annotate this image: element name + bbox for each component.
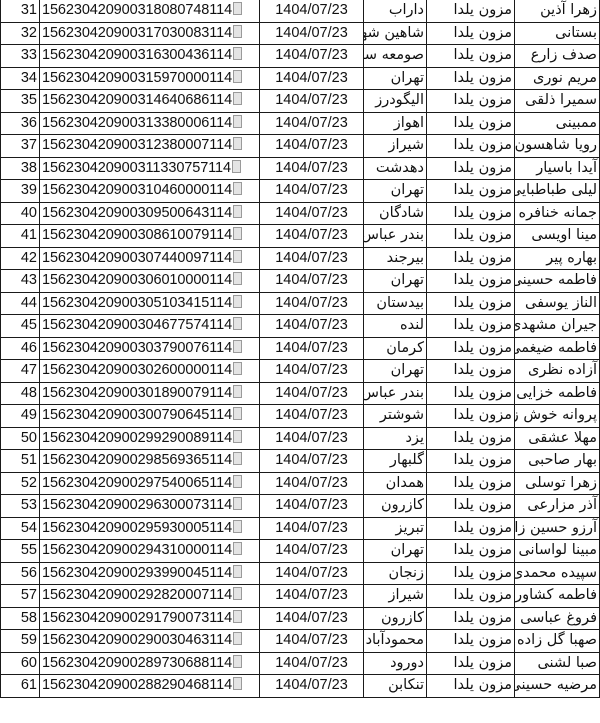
type-cell: مزون یلدا [427,472,515,495]
name-cell: مریم نوری [515,67,600,90]
code-suffix: 4 [224,227,232,243]
customer-name: مبینا لواسانی [518,542,597,558]
date-cell: 1404/07/23 [260,247,364,270]
code-suffix: 4 [224,587,232,603]
city: شیراز [388,137,424,153]
code-suffix: 4 [224,340,232,356]
code-suffix: 4 [224,2,232,18]
type-cell: مزون یلدا [427,157,515,180]
city: شاهین شهر [364,25,425,41]
name-cell: بهار صاحبی [515,450,600,473]
missing-glyph-icon [233,385,242,398]
row-number-cell: 34 [1,67,40,90]
date-cell: 1404/07/23 [260,45,364,68]
code-suffix: 4 [224,317,232,333]
type-cell: مزون یلدا [427,135,515,158]
row-number-cell: 57 [1,585,40,608]
code-cell: 156230420900297540065114 [40,472,260,495]
tracking-code: 15623042090028829046811 [42,677,224,693]
table-row: 46 156230420900303790076114 1404/07/23 ک… [1,337,600,360]
name-cell: ممبینی [515,112,600,135]
date: 1404/07/23 [275,160,348,176]
shop-type: مزون یلدا [453,182,512,198]
type-cell: مزون یلدا [427,405,515,428]
city: دهدشت [376,160,424,176]
code-cell: 156230420900290030463114 [40,630,260,653]
type-cell: مزون یلدا [427,247,515,270]
shop-type: مزون یلدا [453,115,512,131]
customer-name: مهلا عشقی [528,430,597,446]
date-cell: 1404/07/23 [260,157,364,180]
name-cell: جیران مشهدی زاده [515,315,600,338]
row-number: 40 [21,205,37,221]
city: داراب [389,2,424,18]
row-number: 58 [21,610,37,626]
table-row: 31 156230420900318080748114 1404/07/23 د… [1,0,600,22]
missing-glyph-icon [233,340,242,353]
code-suffix: 4 [224,542,232,558]
city-cell: شاهین شهر [364,22,427,45]
row-number-cell: 60 [1,652,40,675]
row-number-cell: 38 [1,157,40,180]
city: بیدستان [376,295,424,311]
city-cell: یزد [364,427,427,450]
customer-name: صبا لشنی [537,655,597,671]
customer-name: پروانه خوش زبان [515,407,598,423]
type-cell: مزون یلدا [427,202,515,225]
shop-type: مزون یلدا [453,452,512,468]
city: محمودآباد [366,632,424,648]
city-cell: شیراز [364,135,427,158]
city: تهران [391,182,424,198]
code-suffix: 4 [224,452,232,468]
name-cell: صدف زارع [515,45,600,68]
city: دورود [390,655,424,671]
row-number-cell: 54 [1,517,40,540]
date: 1404/07/23 [275,25,348,41]
code-suffix: 4 [224,497,232,513]
code-suffix: 4 [224,565,232,581]
customer-name: فاطمه ضیغمی [515,340,598,356]
tracking-code: 15623042090028973068811 [42,655,224,671]
shop-type: مزون یلدا [453,70,512,86]
data-table: 31 156230420900318080748114 1404/07/23 د… [0,0,600,698]
city: تنکابن [388,677,424,693]
missing-glyph-icon [233,587,242,600]
code-cell: 156230420900291790073114 [40,607,260,630]
row-number-cell: 55 [1,540,40,563]
shop-type: مزون یلدا [453,2,512,18]
tracking-code: 15623042090031597000011 [42,70,224,86]
city-cell: همدان [364,472,427,495]
table-row: 33 156230420900316300436114 1404/07/23 ص… [1,45,600,68]
table-row: 61 156230420900288290468114 1404/07/23 ت… [1,675,600,698]
code-suffix: 4 [224,205,232,221]
code-cell: 156230420900300790645114 [40,405,260,428]
code-cell: 156230420900303790076114 [40,337,260,360]
city: کازرون [381,497,424,513]
missing-glyph-icon [233,250,242,263]
customer-name: زهرا آذین [540,2,597,18]
table-row: 51 156230420900298569365114 1404/07/23 گ… [1,450,600,473]
city-cell: کرمان [364,337,427,360]
shop-type: مزون یلدا [453,542,512,558]
row-number-cell: 45 [1,315,40,338]
code-cell: 156230420900302600000114 [40,360,260,383]
type-cell: مزون یلدا [427,427,515,450]
tracking-code: 15623042090029630007311 [42,497,224,513]
table-row: 40 156230420900309500643114 1404/07/23 ش… [1,202,600,225]
type-cell: مزون یلدا [427,22,515,45]
date-cell: 1404/07/23 [260,630,364,653]
city-cell: گلبهار [364,450,427,473]
type-cell: مزون یلدا [427,585,515,608]
type-cell: مزون یلدا [427,0,515,22]
tracking-code: 15623042090030189007911 [42,385,224,401]
row-number-cell: 59 [1,630,40,653]
missing-glyph-icon [233,227,242,240]
shop-type: مزون یلدا [453,92,512,108]
row-number: 59 [21,632,37,648]
customer-name: زهرا توسلی [525,475,597,491]
date-cell: 1404/07/23 [260,607,364,630]
tracking-code: 15623042090031338000611 [42,115,224,131]
code-suffix: 4 [224,677,232,693]
tracking-code: 15623042090031630043611 [42,47,224,63]
tracking-code: 15623042090030744009711 [42,250,224,266]
row-number: 60 [21,655,37,671]
row-number-cell: 51 [1,450,40,473]
tracking-code: 15623042090029754006511 [42,475,224,491]
missing-glyph-icon [233,362,242,375]
date: 1404/07/23 [275,115,348,131]
table-row: 36 156230420900313380006114 1404/07/23 ا… [1,112,600,135]
table-row: 45 156230420900304677574114 1404/07/23 ل… [1,315,600,338]
city: شوشتر [380,407,424,423]
shop-type: مزون یلدا [453,362,512,378]
row-number-cell: 37 [1,135,40,158]
city-cell: دهدشت [364,157,427,180]
city-cell: تهران [364,270,427,293]
date: 1404/07/23 [275,205,348,221]
date: 1404/07/23 [275,182,348,198]
city: تهران [391,272,424,288]
code-suffix: 4 [224,272,232,288]
customer-name: ممبینی [556,115,597,131]
row-number: 45 [21,317,37,333]
name-cell: فاطمه ضیغمی [515,337,600,360]
row-number: 42 [21,250,37,266]
tracking-code: 15623042090029431000011 [42,542,224,558]
row-number-cell: 46 [1,337,40,360]
name-cell: آرزو حسین زاده [515,517,600,540]
name-cell: زهرا آذین [515,0,600,22]
table-row: 60 156230420900289730688114 1404/07/23 د… [1,652,600,675]
date-cell: 1404/07/23 [260,67,364,90]
row-number: 55 [21,542,37,558]
type-cell: مزون یلدا [427,630,515,653]
table-row: 54 156230420900295930005114 1404/07/23 ت… [1,517,600,540]
city-cell: شادگان [364,202,427,225]
city: زنجان [389,565,424,581]
date-cell: 1404/07/23 [260,562,364,585]
code-cell: 156230420900289730688114 [40,652,260,675]
city: بیرجند [387,250,424,266]
city-cell: تبریز [364,517,427,540]
type-cell: مزون یلدا [427,337,515,360]
code-suffix: 4 [224,92,232,108]
city: الیگودرز [375,92,424,108]
code-cell: 156230420900301890079114 [40,382,260,405]
name-cell: صهبا گل زاده [515,630,600,653]
shop-type: مزون یلدا [453,272,512,288]
table-row: 52 156230420900297540065114 1404/07/23 ه… [1,472,600,495]
row-number-cell: 50 [1,427,40,450]
city-cell: بیرجند [364,247,427,270]
table-row: 38 156230420900311330757114 1404/07/23 د… [1,157,600,180]
row-number: 57 [21,587,37,603]
table-body: 31 156230420900318080748114 1404/07/23 د… [1,0,600,697]
code-suffix: 4 [224,250,232,266]
city: کازرون [381,610,424,626]
code-cell: 156230420900315970000114 [40,67,260,90]
tracking-code: 15623042090029003046311 [42,632,224,648]
code-cell: 156230420900308610079114 [40,225,260,248]
row-number: 56 [21,565,37,581]
row-number-cell: 36 [1,112,40,135]
name-cell: فاطمه خزایی فر [515,382,600,405]
date: 1404/07/23 [275,137,348,153]
customer-name: سپیده محمدی [515,565,598,581]
date-cell: 1404/07/23 [260,585,364,608]
code-cell: 156230420900307440097114 [40,247,260,270]
city-cell: کازرون [364,495,427,518]
type-cell: مزون یلدا [427,562,515,585]
code-suffix: 4 [224,362,232,378]
row-number: 41 [21,227,37,243]
table-row: 56 156230420900293990045114 1404/07/23 ز… [1,562,600,585]
row-number: 53 [21,497,37,513]
table-row: 57 156230420900292820007114 1404/07/23 ش… [1,585,600,608]
city-cell: اهواز [364,112,427,135]
date: 1404/07/23 [275,542,348,558]
tracking-code: 15623042090031464068611 [42,92,224,108]
tracking-code: 15623042090031238000711 [42,137,224,153]
type-cell: مزون یلدا [427,360,515,383]
date: 1404/07/23 [275,272,348,288]
row-number-cell: 40 [1,202,40,225]
table-row: 48 156230420900301890079114 1404/07/23 ب… [1,382,600,405]
shop-type: مزون یلدا [453,47,512,63]
tracking-code: 15623042090029179007311 [42,610,224,626]
table-row: 59 156230420900290030463114 1404/07/23 م… [1,630,600,653]
name-cell: بستانی [515,22,600,45]
code-suffix: 4 [224,70,232,86]
missing-glyph-icon [233,272,242,285]
city-cell: بیدستان [364,292,427,315]
date: 1404/07/23 [275,2,348,18]
missing-glyph-icon [233,497,242,510]
row-number-cell: 53 [1,495,40,518]
date-cell: 1404/07/23 [260,472,364,495]
city-cell: تهران [364,67,427,90]
code-cell: 156230420900310460000114 [40,180,260,203]
name-cell: لیلی طباطبایی [515,180,600,203]
customer-name: آیدا باسیار [536,160,597,176]
missing-glyph-icon [233,205,242,218]
type-cell: مزون یلدا [427,225,515,248]
city-cell: محمودآباد [364,630,427,653]
city: لنده [400,317,424,333]
city: تهران [391,70,424,86]
row-number: 61 [21,677,37,693]
customer-name: لیلی طباطبایی [515,182,598,198]
type-cell: مزون یلدا [427,675,515,698]
shop-type: مزون یلدا [453,160,512,176]
shop-type: مزون یلدا [453,227,512,243]
date: 1404/07/23 [275,340,348,356]
date-cell: 1404/07/23 [260,382,364,405]
missing-glyph-icon [233,430,242,443]
missing-glyph-icon [233,137,242,150]
missing-glyph-icon [233,25,242,38]
table-row: 34 156230420900315970000114 1404/07/23 ت… [1,67,600,90]
code-cell: 156230420900296300073114 [40,495,260,518]
date-cell: 1404/07/23 [260,517,364,540]
shop-type: مزون یلدا [453,205,512,221]
missing-glyph-icon [233,565,242,578]
code-suffix: 4 [224,475,232,491]
city: گلبهار [390,452,424,468]
shop-type: مزون یلدا [453,587,512,603]
row-number-cell: 41 [1,225,40,248]
tracking-code: 15623042090031133075711 [42,160,223,176]
date: 1404/07/23 [275,385,348,401]
missing-glyph-icon [233,542,242,555]
date-cell: 1404/07/23 [260,202,364,225]
shop-type: مزون یلدا [453,407,512,423]
table-row: 53 156230420900296300073114 1404/07/23 ک… [1,495,600,518]
code-cell: 156230420900298569365114 [40,450,260,473]
date: 1404/07/23 [275,520,348,536]
city: تبریز [396,520,424,536]
row-number: 37 [21,137,37,153]
customer-name: فاطمه کشاورز [515,587,598,603]
table-row: 44 156230420900305103415114 1404/07/23 ب… [1,292,600,315]
row-number: 54 [21,520,37,536]
tracking-code: 15623042090029856936511 [42,452,224,468]
name-cell: پروانه خوش زبان [515,405,600,428]
missing-glyph-icon [233,295,242,308]
city-cell: داراب [364,0,427,22]
shop-type: مزون یلدا [453,250,512,266]
shop-type: مزون یلدا [453,295,512,311]
date: 1404/07/23 [275,70,348,86]
shop-type: مزون یلدا [453,137,512,153]
date: 1404/07/23 [275,497,348,513]
date-cell: 1404/07/23 [260,315,364,338]
row-number: 52 [21,475,37,491]
customer-name: بستانی [555,25,597,41]
date: 1404/07/23 [275,227,348,243]
row-number: 33 [21,47,37,63]
city-cell: تهران [364,540,427,563]
code-cell: 156230420900295930005114 [40,517,260,540]
row-number-cell: 44 [1,292,40,315]
type-cell: مزون یلدا [427,90,515,113]
row-number: 36 [21,115,37,131]
row-number-cell: 52 [1,472,40,495]
name-cell: مرضیه حسینی [515,675,600,698]
row-number-cell: 48 [1,382,40,405]
name-cell: صبا لشنی [515,652,600,675]
customer-name: الناز یوسفی [525,295,597,311]
date: 1404/07/23 [275,407,348,423]
city-cell: الیگودرز [364,90,427,113]
city-cell: دورود [364,652,427,675]
missing-glyph-icon [233,610,242,623]
missing-glyph-icon [233,452,242,465]
name-cell: مینا اویسی [515,225,600,248]
type-cell: مزون یلدا [427,652,515,675]
city: تهران [391,542,424,558]
code-cell: 156230420900316300436114 [40,45,260,68]
name-cell: زهرا توسلی [515,472,600,495]
table-row: 32 156230420900317030083114 1404/07/23 ش… [1,22,600,45]
row-number-cell: 32 [1,22,40,45]
date: 1404/07/23 [275,295,348,311]
code-suffix: 4 [224,385,232,401]
city: شیراز [388,587,424,603]
date-cell: 1404/07/23 [260,652,364,675]
tracking-code: 15623042090029399004511 [42,565,224,581]
tracking-code: 15623042090030861007911 [42,227,224,243]
date-cell: 1404/07/23 [260,405,364,428]
city: تهران [391,362,424,378]
date-cell: 1404/07/23 [260,22,364,45]
missing-glyph-icon [233,47,242,60]
tracking-code: 15623042090029929008911 [42,430,224,446]
tracking-code: 15623042090030379007611 [42,340,224,356]
date-cell: 1404/07/23 [260,112,364,135]
code-suffix: 4 [223,160,231,176]
row-number-cell: 56 [1,562,40,585]
table-row: 41 156230420900308610079114 1404/07/23 ب… [1,225,600,248]
shop-type: مزون یلدا [453,632,512,648]
city-cell: کازرون [364,607,427,630]
date-cell: 1404/07/23 [260,270,364,293]
customer-name: مریم نوری [533,70,597,86]
date: 1404/07/23 [275,92,348,108]
row-number-cell: 58 [1,607,40,630]
shop-type: مزون یلدا [453,565,512,581]
code-cell: 156230420900314640686114 [40,90,260,113]
row-number-cell: 39 [1,180,40,203]
missing-glyph-icon [233,407,242,420]
missing-glyph-icon [233,632,242,645]
table-row: 58 156230420900291790073114 1404/07/23 ک… [1,607,600,630]
customer-name: آزاده نظری [528,362,597,378]
code-cell: 156230420900305103415114 [40,292,260,315]
tracking-code: 15623042090031808074811 [42,2,224,18]
row-number: 38 [21,160,37,176]
date: 1404/07/23 [275,610,348,626]
shop-type: مزون یلدا [453,340,512,356]
shop-type: مزون یلدا [453,430,512,446]
date-cell: 1404/07/23 [260,360,364,383]
date-cell: 1404/07/23 [260,450,364,473]
date: 1404/07/23 [275,587,348,603]
